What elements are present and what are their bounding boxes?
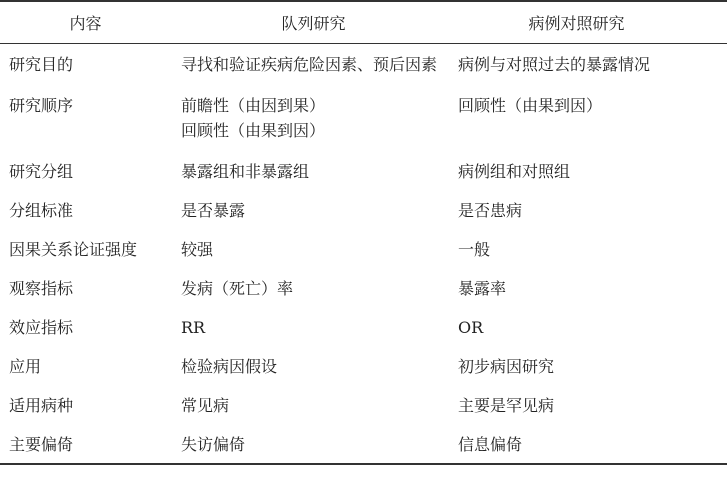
table-row: 主要偏倚 失访偏倚 信息偏倚 <box>0 424 727 463</box>
row-label: 适用病种 <box>0 393 171 418</box>
row-label: 研究分组 <box>0 159 171 184</box>
row-label: 主要偏倚 <box>0 432 171 457</box>
header-case-control-study: 病例对照研究 <box>456 11 727 34</box>
cohort-cell: 前瞻性（由因到果） 回顾性（由果到因） <box>171 93 456 143</box>
row-label: 应用 <box>0 354 171 379</box>
table-row: 效应指标 RR OR <box>0 307 727 346</box>
row-label: 分组标准 <box>0 198 171 223</box>
case-control-cell: 暴露率 <box>456 276 727 301</box>
cohort-cell: 检验病因假设 <box>171 354 456 379</box>
table-row: 因果关系论证强度 较强 一般 <box>0 229 727 268</box>
row-label: 研究顺序 <box>0 93 171 143</box>
cohort-line-2: 回顾性（由果到因） <box>181 118 456 143</box>
cohort-cell: 寻找和验证疾病危险因素、预后因素 <box>171 52 456 77</box>
case-control-cell: OR <box>456 315 727 340</box>
table-row: 研究目的 寻找和验证疾病危险因素、预后因素 病例与对照过去的暴露情况 <box>0 44 727 85</box>
case-control-cell: 一般 <box>456 237 727 262</box>
case-control-cell: 信息偏倚 <box>456 432 727 457</box>
cohort-cell: 常见病 <box>171 393 456 418</box>
case-control-cell: 主要是罕见病 <box>456 393 727 418</box>
header-content: 内容 <box>0 11 171 34</box>
comparison-table: 内容 队列研究 病例对照研究 研究目的 寻找和验证疾病危险因素、预后因素 病例与… <box>0 0 727 465</box>
case-control-cell: 病例与对照过去的暴露情况 <box>456 52 727 77</box>
table-row: 研究顺序 前瞻性（由因到果） 回顾性（由果到因） 回顾性（由果到因） <box>0 85 727 151</box>
row-label: 因果关系论证强度 <box>0 237 171 262</box>
cohort-line-1: 前瞻性（由因到果） <box>181 93 456 118</box>
case-control-cell: 是否患病 <box>456 198 727 223</box>
header-cohort-study: 队列研究 <box>171 11 456 34</box>
table-row: 研究分组 暴露组和非暴露组 病例组和对照组 <box>0 151 727 190</box>
cohort-cell: 暴露组和非暴露组 <box>171 159 456 184</box>
row-label: 效应指标 <box>0 315 171 340</box>
cohort-cell: RR <box>171 315 456 340</box>
table-row: 分组标准 是否暴露 是否患病 <box>0 190 727 229</box>
table-row: 观察指标 发病（死亡）率 暴露率 <box>0 268 727 307</box>
table-row: 应用 检验病因假设 初步病因研究 <box>0 346 727 385</box>
case-control-cell: 病例组和对照组 <box>456 159 727 184</box>
case-control-cell: 初步病因研究 <box>456 354 727 379</box>
table-header: 内容 队列研究 病例对照研究 <box>0 2 727 44</box>
cohort-cell: 较强 <box>171 237 456 262</box>
case-control-cell: 回顾性（由果到因） <box>456 93 727 143</box>
cohort-cell: 发病（死亡）率 <box>171 276 456 301</box>
table-row: 适用病种 常见病 主要是罕见病 <box>0 385 727 424</box>
cohort-cell: 失访偏倚 <box>171 432 456 457</box>
cohort-cell: 是否暴露 <box>171 198 456 223</box>
row-label: 观察指标 <box>0 276 171 301</box>
row-label: 研究目的 <box>0 52 171 77</box>
